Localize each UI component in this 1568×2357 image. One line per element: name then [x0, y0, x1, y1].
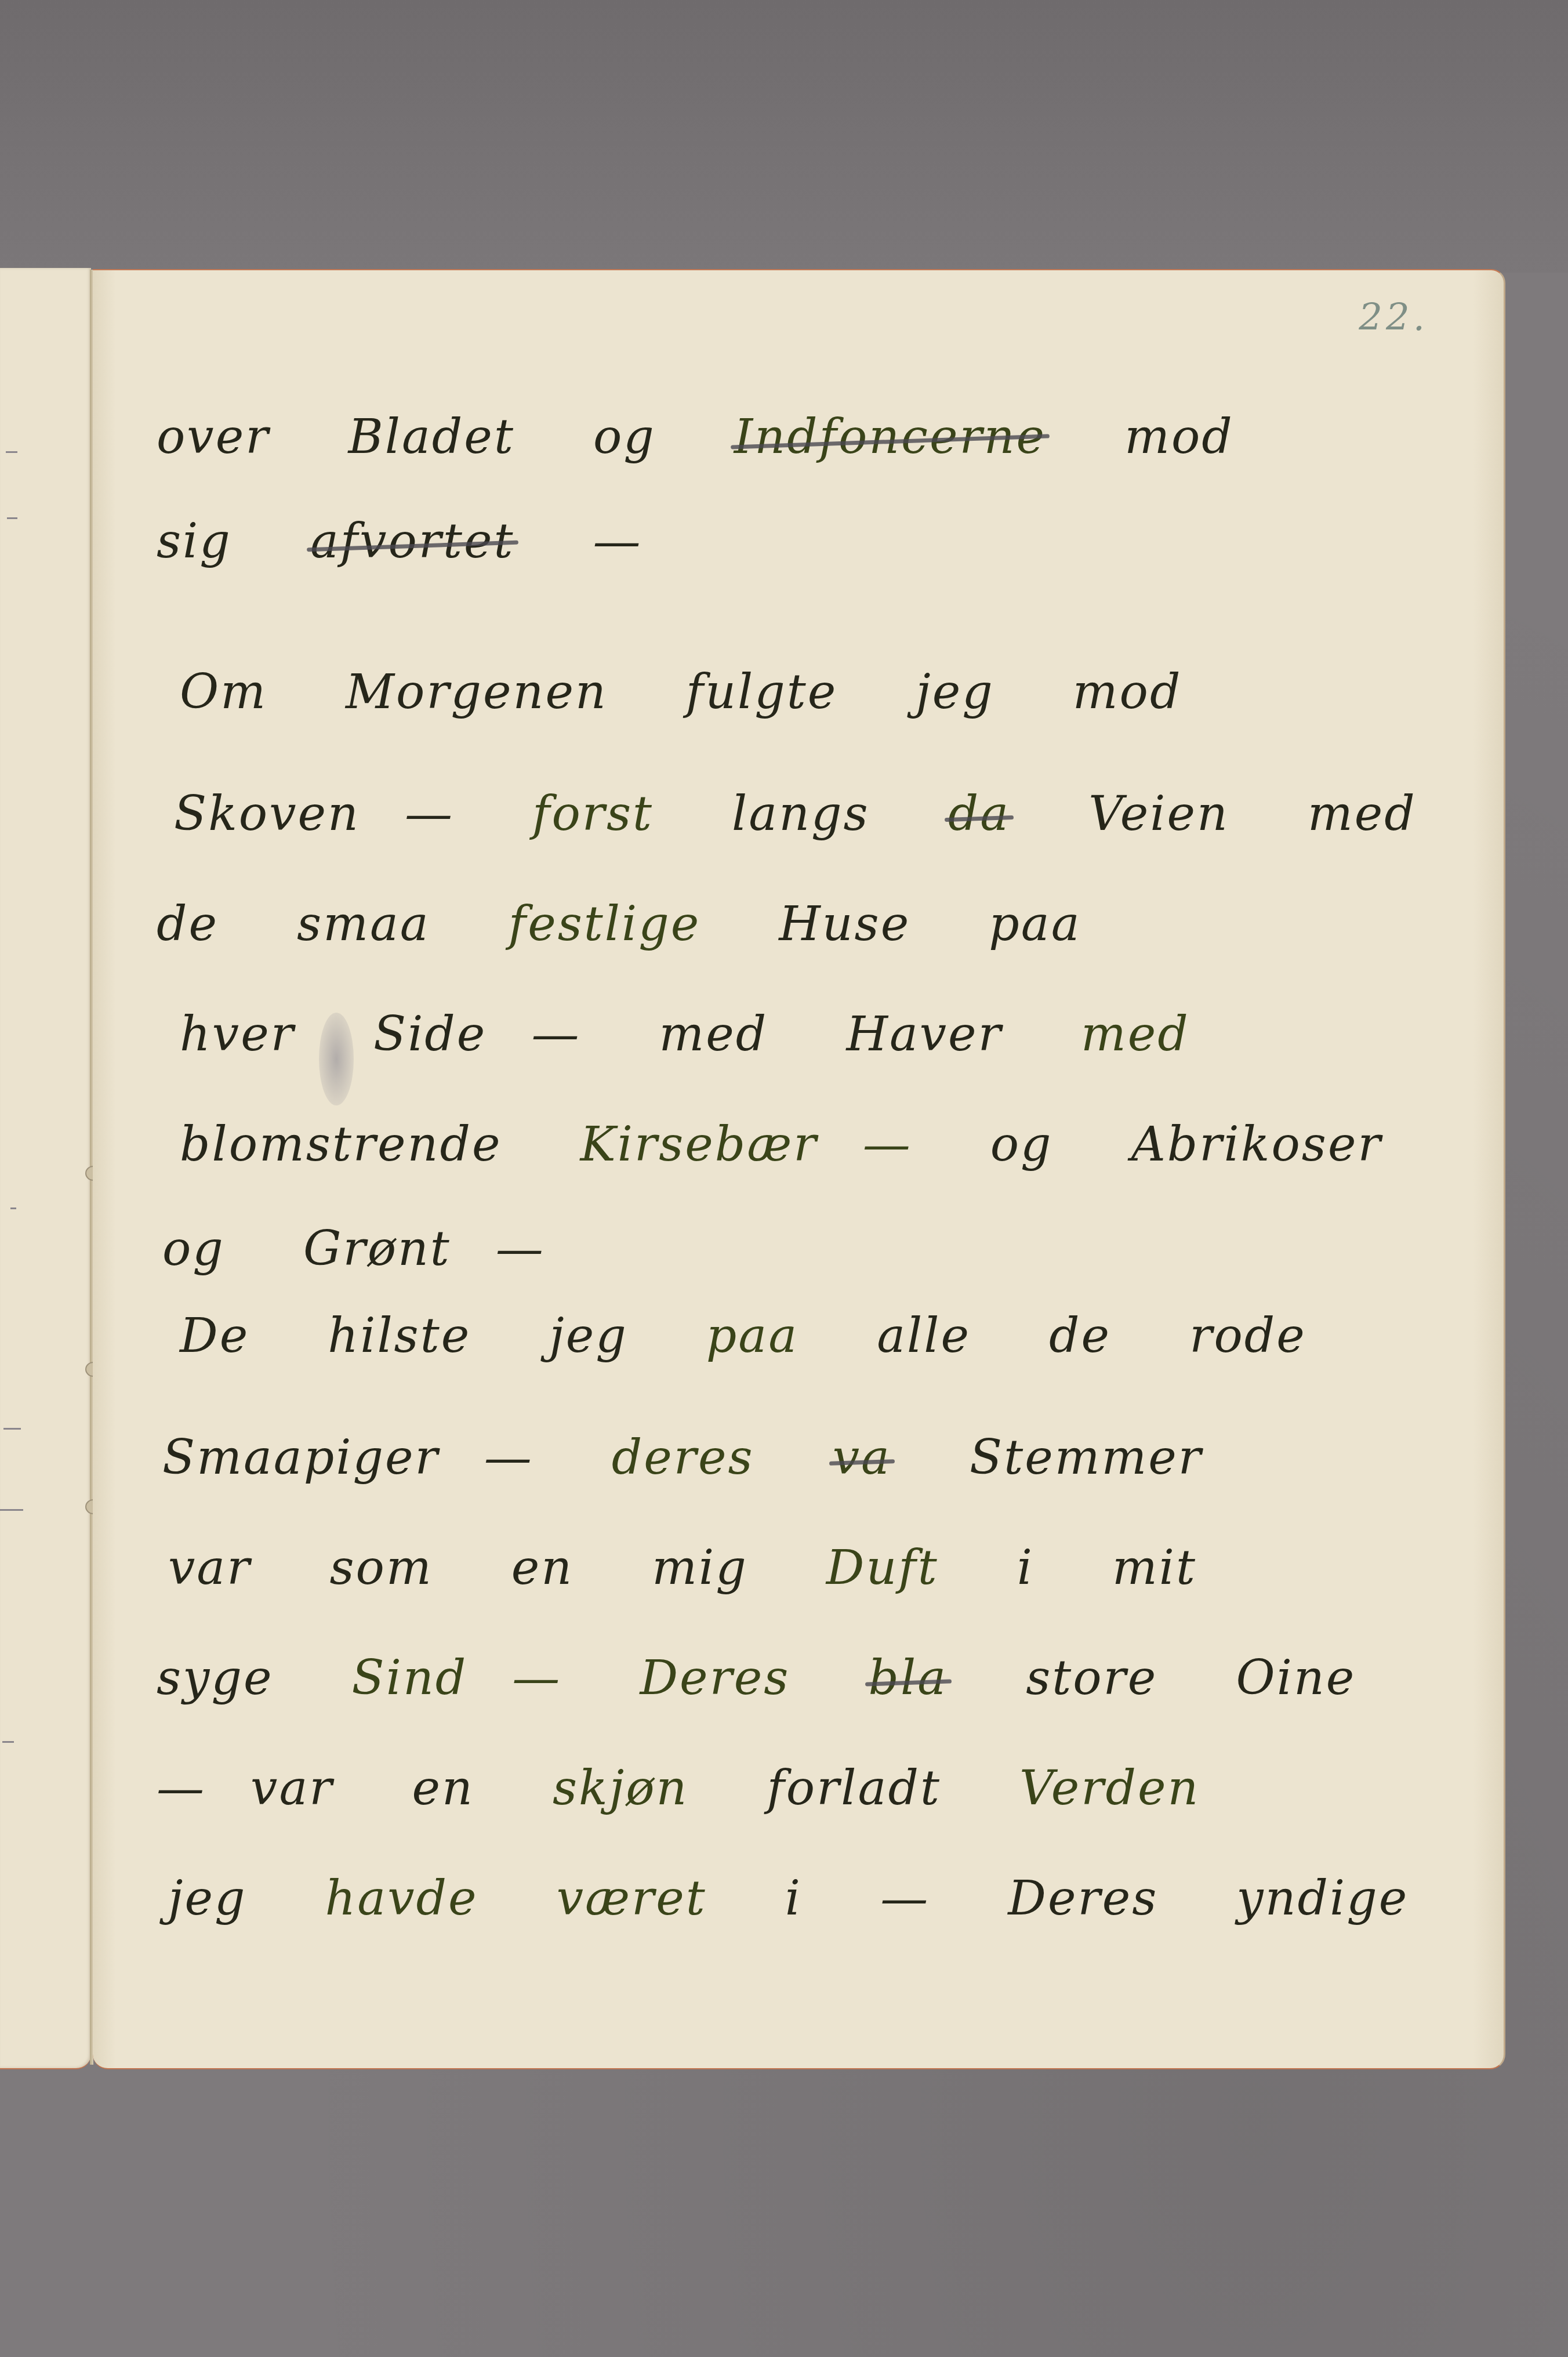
text-line: sig afvortet —: [157, 514, 676, 569]
word: store: [1026, 1651, 1157, 1706]
ink-mark: [3, 1428, 21, 1430]
word: mig: [652, 1540, 747, 1595]
struck-word: va: [833, 1430, 891, 1485]
word: Huse: [779, 897, 910, 952]
word: en: [511, 1540, 574, 1595]
word: Om: [180, 665, 267, 720]
word: syge: [157, 1651, 273, 1706]
word: med: [1081, 1007, 1190, 1062]
word: Oine: [1236, 1651, 1356, 1706]
word: deres: [612, 1430, 754, 1485]
word: Grønt —: [303, 1221, 545, 1277]
word: med: [659, 1007, 768, 1062]
word: i: [1017, 1540, 1034, 1595]
manuscript-page: 22. over Bladet og Indfoncerne mod sig a…: [93, 269, 1505, 2069]
word: Kirsebær —: [580, 1117, 912, 1172]
word: forladt: [767, 1761, 941, 1816]
text-line: og Grønt —: [162, 1221, 579, 1277]
word: og: [162, 1221, 225, 1277]
text-line: de smaa festlige Huse paa: [157, 897, 1115, 952]
word: Stemmer: [970, 1430, 1203, 1485]
word: paa: [706, 1308, 798, 1364]
text-line: — var en skjøn forladt Verden: [157, 1761, 1233, 1816]
ink-mark: [6, 451, 17, 453]
ink-mark: [2, 1741, 14, 1743]
word: De: [180, 1308, 249, 1364]
word: med: [1308, 786, 1417, 842]
word: Abrikoser: [1131, 1117, 1382, 1172]
word: blomstrende: [180, 1117, 502, 1172]
text-line: Om Morgenen fulgte jeg mod: [180, 665, 1215, 720]
word: de: [1049, 1308, 1111, 1364]
word: og: [593, 409, 656, 465]
struck-word: Indfoncerne: [734, 409, 1046, 465]
word: Morgenen: [346, 665, 608, 720]
word: hilste: [328, 1308, 471, 1364]
word: Smaapiger —: [162, 1430, 533, 1485]
word: havde: [325, 1871, 478, 1926]
text-line: var som en mig Duft i mit: [168, 1540, 1231, 1595]
text-line: blomstrende Kirsebær — og Abrikoser: [180, 1117, 1416, 1172]
word: Skoven —: [174, 786, 454, 842]
word: festlige: [509, 897, 700, 952]
word: været: [557, 1871, 707, 1926]
text-line: Smaapiger — deres va Stemmer: [162, 1430, 1236, 1485]
previous-page-edge: [0, 268, 91, 2069]
word: alle: [877, 1308, 971, 1364]
word: de: [157, 897, 219, 952]
text-line: syge Sind — Deres bla store Oine: [157, 1651, 1389, 1706]
struck-word: bla: [869, 1651, 948, 1706]
word: som: [330, 1540, 433, 1595]
word: jeg: [549, 1308, 627, 1364]
text-line: jeg havde været i — Deres yndige: [168, 1871, 1442, 1926]
word: fulgte: [686, 665, 837, 720]
word: Sind —: [352, 1651, 562, 1706]
text-line: over Bladet og Indfoncerne mod: [157, 409, 1268, 465]
word: var: [168, 1540, 251, 1595]
word: smaa: [297, 897, 430, 952]
word: jeg: [916, 665, 994, 720]
ink-mark: [10, 1207, 16, 1209]
word: Side —: [373, 1007, 580, 1062]
word: Duft: [826, 1540, 939, 1595]
text-line: hver Side — med Haver med: [180, 1007, 1224, 1062]
word: Haver: [846, 1007, 1002, 1062]
word: paa: [989, 897, 1081, 952]
word: Veien: [1088, 786, 1229, 842]
text-line: De hilste jeg paa alle de rode: [180, 1308, 1340, 1364]
word: — var: [157, 1761, 333, 1816]
word: i: [785, 1871, 802, 1926]
text-line: Skoven — forst langs da Veien med: [174, 786, 1450, 842]
felt-background-top: [0, 0, 1568, 273]
word: Verden: [1019, 1761, 1200, 1816]
word: og: [990, 1117, 1053, 1172]
word: forst: [532, 786, 654, 842]
word: mit: [1112, 1540, 1197, 1595]
word: en: [412, 1761, 474, 1816]
ink-mark: [0, 1509, 23, 1511]
word: —: [593, 514, 643, 569]
word: rode: [1189, 1308, 1306, 1364]
struck-word: afvortet: [310, 514, 515, 569]
word: Bladet: [349, 409, 515, 465]
word: Deres: [1008, 1871, 1158, 1926]
word: langs: [732, 786, 870, 842]
page-number: 22.: [1359, 296, 1428, 339]
word: —: [880, 1871, 930, 1926]
word: over: [157, 409, 270, 465]
word: skjøn: [553, 1761, 688, 1816]
word: hver: [180, 1007, 295, 1062]
word: mod: [1073, 665, 1182, 720]
struck-word: da: [948, 786, 1010, 842]
word: yndige: [1236, 1871, 1409, 1926]
word: mod: [1124, 409, 1234, 465]
word: Deres: [640, 1651, 790, 1706]
word: jeg: [168, 1871, 246, 1926]
ink-mark: [7, 517, 17, 519]
word: sig: [157, 514, 232, 569]
